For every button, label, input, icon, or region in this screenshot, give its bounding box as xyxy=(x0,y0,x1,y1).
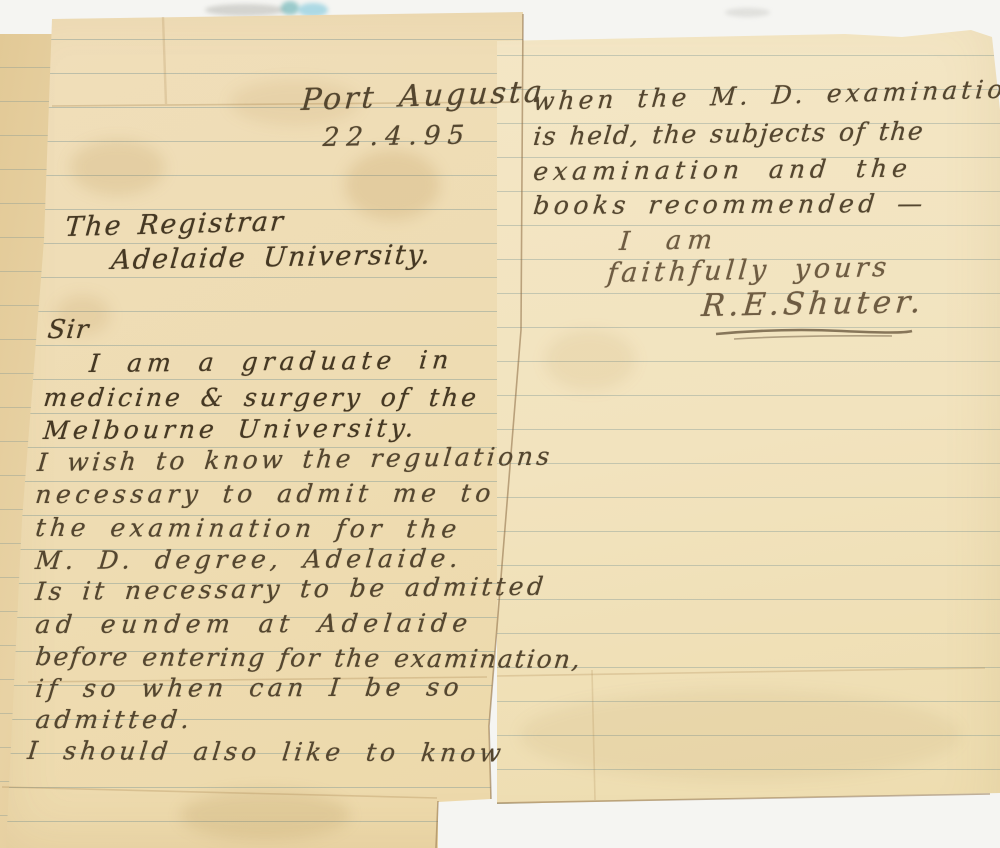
body-line: Melbourne University. xyxy=(42,414,419,445)
recipient-org-line: Adelaide University. xyxy=(110,239,433,276)
closing-line-2: faithfully yours xyxy=(606,252,892,289)
closing-line-1: I am xyxy=(618,226,719,258)
body-line: necessary to admit me to xyxy=(34,479,496,509)
body-continued-line: examination and the xyxy=(532,155,913,187)
signature: R.E.Shuter. xyxy=(700,285,926,325)
green-ink-mark xyxy=(281,1,299,15)
letter-scan: Port Augusta 22.4.95 The Registrar Adela… xyxy=(0,0,1000,848)
body-line: medicine & surgery of the xyxy=(42,384,480,413)
scanner-speckle xyxy=(725,8,770,17)
date-line: 22.4.95 xyxy=(322,121,472,154)
body-line: ad eundem at Adelaide xyxy=(34,609,474,639)
body-line: M. D. degree, Adelaide. xyxy=(34,545,464,576)
body-line: before entering for the examination, xyxy=(34,643,583,675)
body-continued-line: is held, the subjects of the xyxy=(532,118,926,152)
recipient-name-line: The Registrar xyxy=(64,206,286,243)
body-line: Is it necessary to be admitted xyxy=(34,573,548,607)
salutation-line: Sir xyxy=(46,316,91,346)
body-line: admitted. xyxy=(34,706,194,735)
scanner-speckle xyxy=(205,4,285,16)
body-line: if so when can I be so xyxy=(34,673,465,703)
body-line: I should also like to know xyxy=(26,737,506,768)
body-continued-line: books recommended — xyxy=(532,190,928,221)
body-line: the examination for the xyxy=(34,514,462,544)
blue-ink-smudge xyxy=(298,3,328,17)
body-line: I am a graduate in xyxy=(88,346,455,379)
